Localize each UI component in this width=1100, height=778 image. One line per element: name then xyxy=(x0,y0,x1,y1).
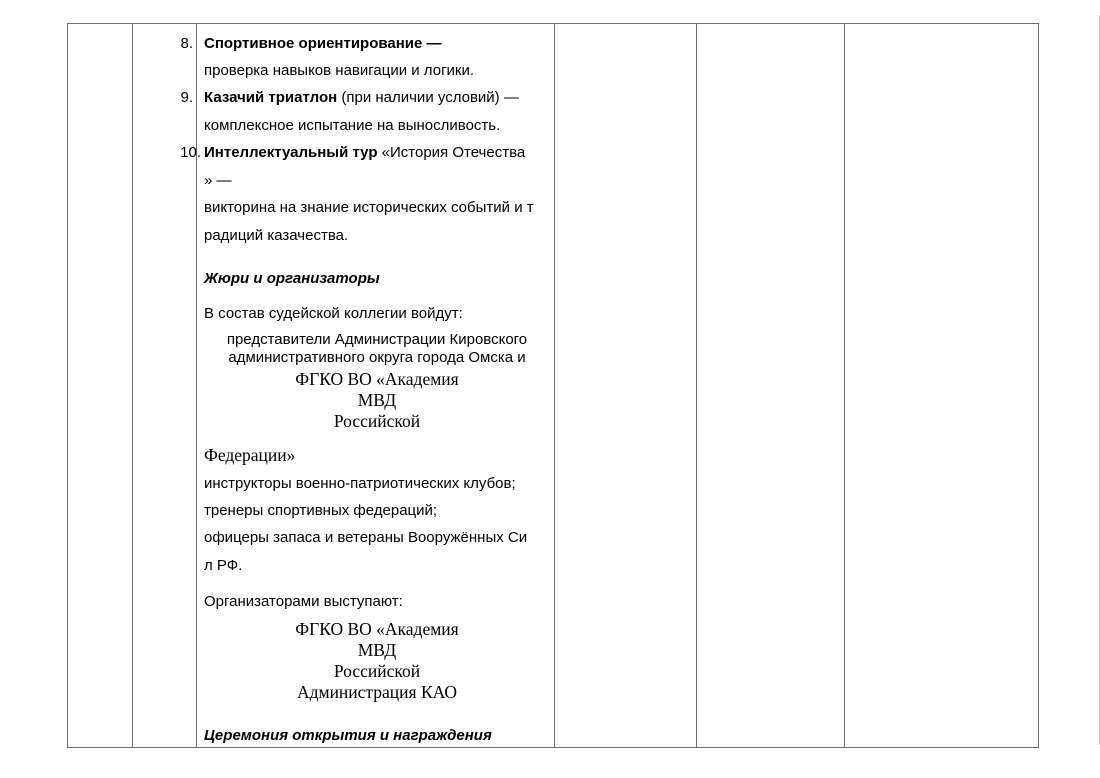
list-item: Спортивное ориентирование — xyxy=(204,35,442,52)
organizer: ФГКО ВО «Академия xyxy=(204,619,550,640)
column-divider xyxy=(196,23,197,748)
list-number: 9. xyxy=(163,89,193,106)
organizer: Администрация КАО xyxy=(204,682,550,703)
organizer: МВД xyxy=(204,640,550,661)
jury-intro: В состав судейской коллегии войдут: xyxy=(204,305,463,322)
jury-member: офицеры запаса и ветераны Вооружённых Си xyxy=(204,529,527,546)
jury-member: представители Администрации Кировского xyxy=(204,331,550,348)
jury-member: л РФ. xyxy=(204,557,242,574)
list-item-cont: » — xyxy=(204,172,232,189)
column-divider xyxy=(844,23,845,748)
column-divider xyxy=(696,23,697,748)
list-item-title: Спортивное ориентирование xyxy=(204,35,422,52)
column-divider xyxy=(554,23,555,748)
jury-heading: Жюри и организаторы xyxy=(204,270,380,287)
list-item-title: Казачий триатлон xyxy=(204,89,337,106)
jury-member: инструкторы военно-патриотических клубов… xyxy=(204,475,516,492)
jury-member: тренеры спортивных федераций; xyxy=(204,502,437,519)
jury-member: МВД xyxy=(204,390,550,411)
jury-member: ФГКО ВО «Академия xyxy=(204,369,550,390)
list-item-desc: проверка навыков навигации и логики. xyxy=(204,62,474,79)
list-item-desc: радиций казачества. xyxy=(204,227,348,244)
jury-member: Российской xyxy=(204,411,550,432)
list-item: Казачий триатлон (при наличии условий) — xyxy=(204,89,519,106)
list-item-desc: викторина на знание исторических событий… xyxy=(204,199,534,216)
jury-member: Федерации» xyxy=(204,445,295,466)
organizer: Российской xyxy=(204,661,550,682)
column-divider xyxy=(132,23,133,748)
list-number: 10. xyxy=(171,144,201,161)
list-item-desc: комплексное испытание на выносливость. xyxy=(204,117,500,134)
list-number: 8. xyxy=(163,35,193,52)
list-item-title: Интеллектуальный тур xyxy=(204,144,377,161)
list-item: Интеллектуальный тур «История Отечества xyxy=(204,144,525,161)
organizers-intro: Организаторами выступают: xyxy=(204,593,403,610)
jury-member: административного округа города Омска и xyxy=(204,349,550,366)
ceremony-heading: Церемония открытия и награждения xyxy=(204,727,492,744)
